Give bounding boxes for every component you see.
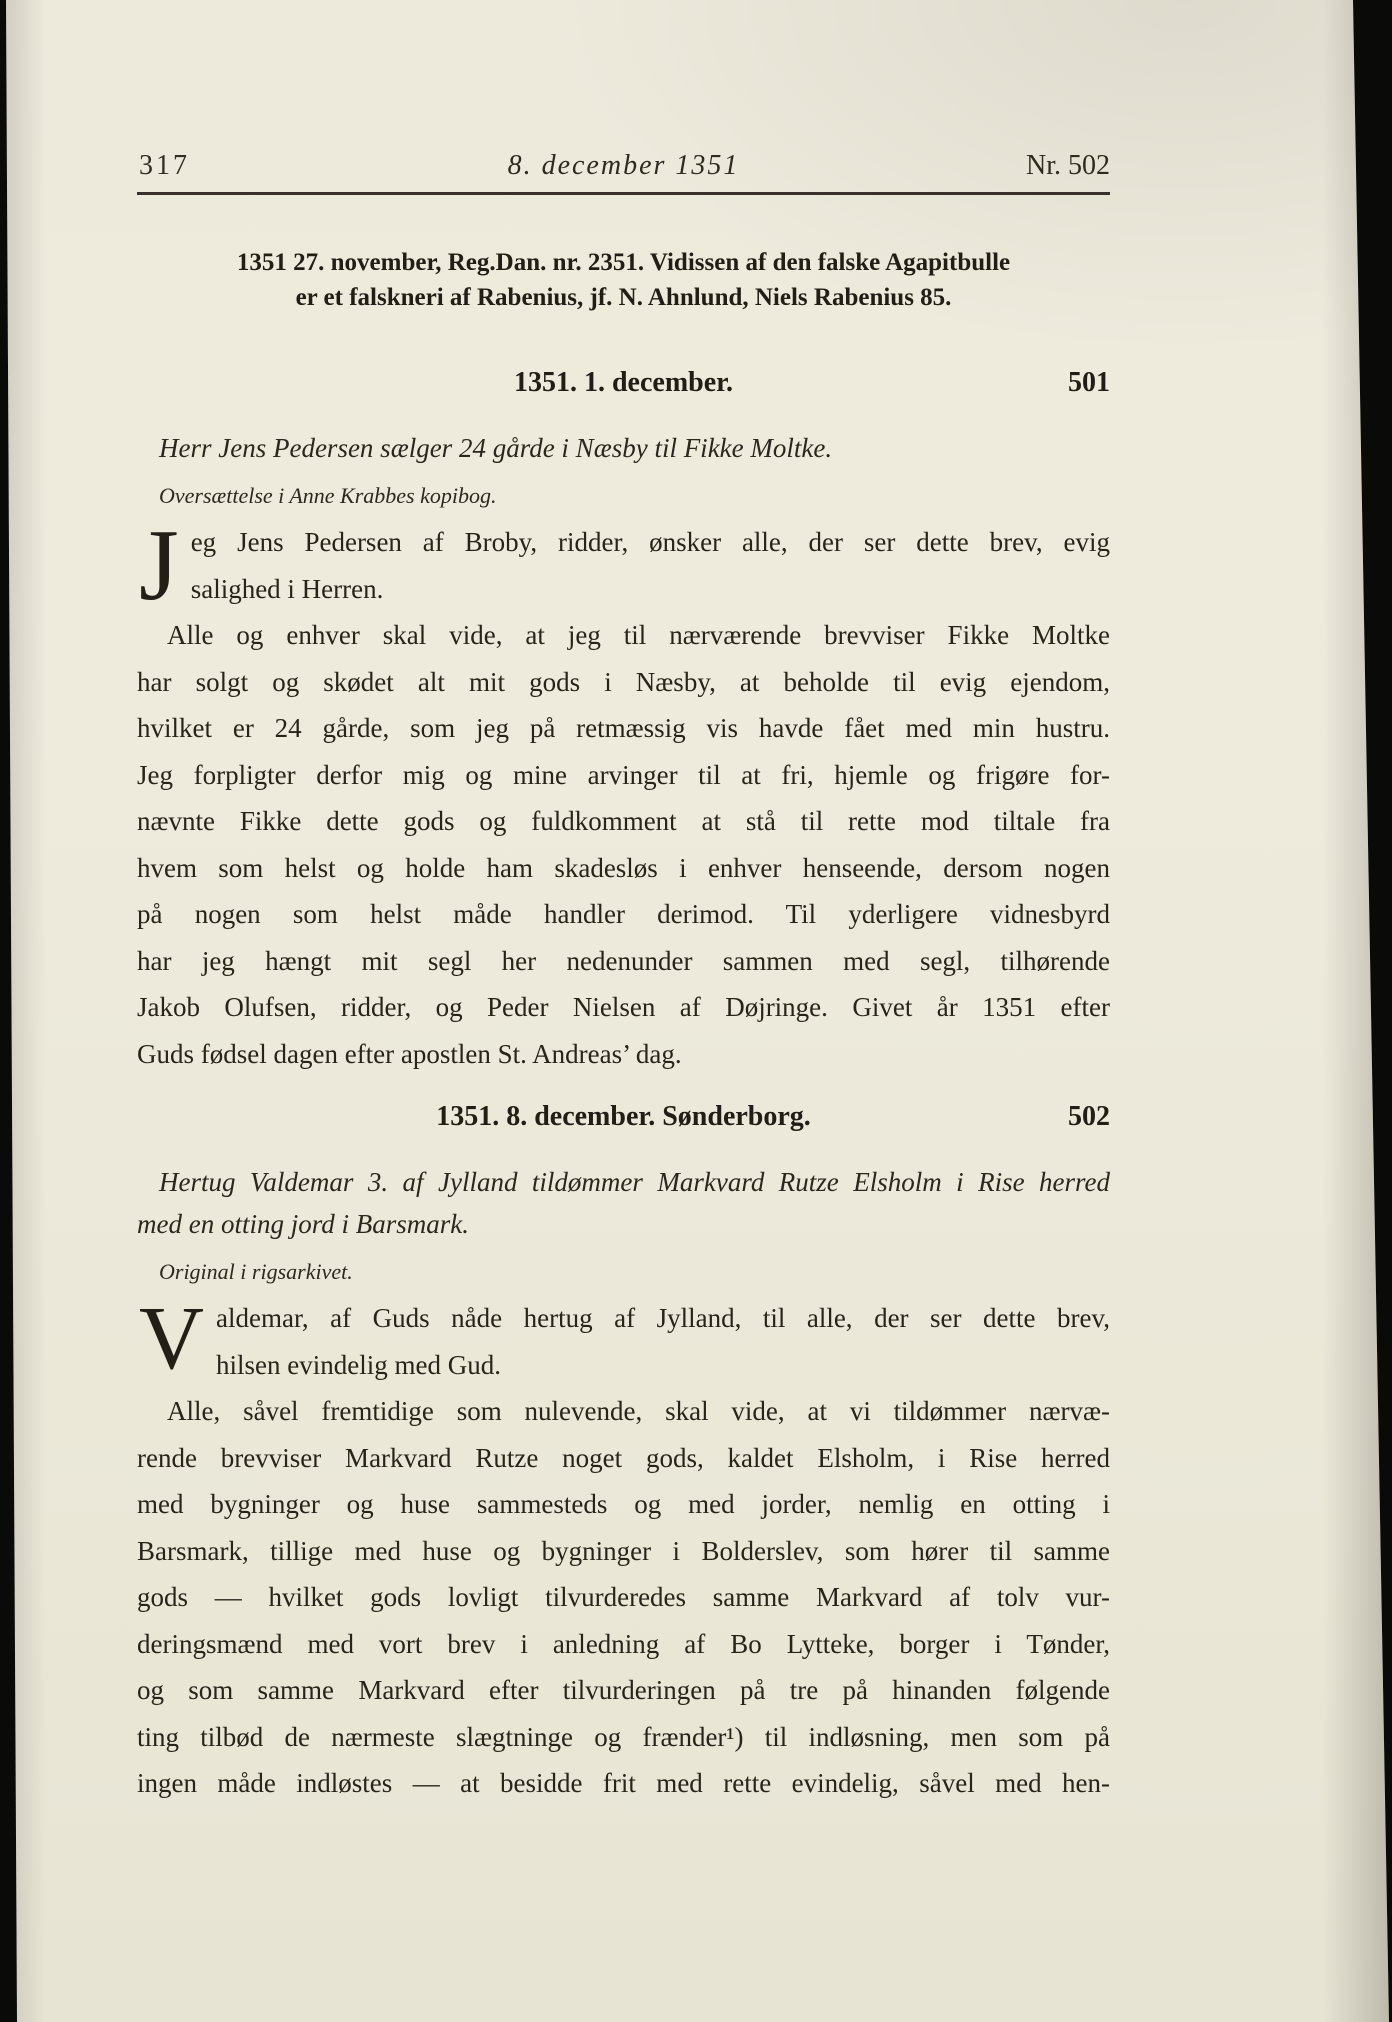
entry-502-heading: 1351. 8. december. Sønderborg. 502 (137, 1101, 1110, 1139)
body-line: med bygninger og huse sammesteds og med … (137, 1481, 1110, 1528)
regest-line: 1351 27. november, Reg.Dan. nr. 2351. Vi… (137, 245, 1110, 280)
regest-line: er et falskneri af Rabenius, jf. N. Ahnl… (137, 280, 1110, 315)
body-line: rende brevviser Markvard Rutze noget god… (137, 1435, 1110, 1482)
body-line: på nogen som helst måde handler derimod.… (137, 891, 1110, 938)
summary-line: Herr Jens Pedersen sælger 24 gårde i Næs… (137, 427, 1110, 469)
scanned-page: 317 8. december 1351 Nr. 502 1351 27. no… (0, 0, 1392, 2022)
body-line: Alle, såvel fremtidige som nulevende, sk… (137, 1388, 1110, 1435)
body-line: og som samme Markvard efter tilvurdering… (137, 1667, 1110, 1714)
header-rule (137, 192, 1110, 195)
body-line: ting tilbød de nærmeste slægtninge og fr… (137, 1714, 1110, 1761)
body-line: hvem som helst og holde ham skadesløs i … (137, 845, 1110, 892)
summary-line: Hertug Valdemar 3. af Jylland tildømmer … (137, 1161, 1110, 1203)
entry-summary: Herr Jens Pedersen sælger 24 gårde i Næs… (137, 427, 1110, 469)
regest-note: 1351 27. november, Reg.Dan. nr. 2351. Vi… (137, 245, 1110, 315)
body-line: Alle og enhver skal vide, at jeg til nær… (137, 612, 1110, 659)
entry-date-heading: 1351. 1. december. (137, 367, 1110, 399)
entry-number: 501 (1068, 367, 1110, 399)
body-line: Barsmark, tillige med huse og bygninger … (137, 1528, 1110, 1575)
source-note: Original i rigsarkivet. (137, 1257, 1110, 1287)
body-line: gods — hvilket gods lovligt tilvurderede… (137, 1574, 1110, 1621)
entry-date-heading: 1351. 8. december. Sønderborg. (137, 1101, 1110, 1133)
source-note: Oversættelse i Anne Krabbes kopibog. (137, 481, 1110, 511)
body-line: aldemar, af Guds nåde hertug af Jylland,… (137, 1295, 1110, 1342)
page-header: 317 8. december 1351 Nr. 502 (137, 150, 1110, 186)
body-line: eg Jens Pedersen af Broby, ridder, ønske… (137, 519, 1110, 566)
entry-summary: Hertug Valdemar 3. af Jylland tildømmer … (137, 1161, 1110, 1245)
body-line: Jakob Olufsen, ridder, og Peder Nielsen … (137, 984, 1110, 1031)
running-title: 8. december 1351 (137, 150, 1110, 182)
body-line: ingen måde indløstes — at besidde frit m… (137, 1760, 1110, 1807)
entry-501-heading: 1351. 1. december. 501 (137, 367, 1110, 405)
body-line: hvilket er 24 gårde, som jeg på retmæssi… (137, 705, 1110, 752)
body-line: deringsmænd med vort brev i anledning af… (137, 1621, 1110, 1668)
body-line: har jeg hængt mit segl her nedenunder sa… (137, 938, 1110, 985)
body-line: hilsen evindelig med Gud. (137, 1342, 1110, 1389)
entry-number: 502 (1068, 1101, 1110, 1133)
folio-number: 317 (139, 150, 190, 182)
page-content: 317 8. december 1351 Nr. 502 1351 27. no… (137, 0, 1110, 1807)
body-line: har solgt og skødet alt mit gods i Næsby… (137, 659, 1110, 706)
entry-number-label: Nr. 502 (1026, 150, 1110, 182)
summary-line: med en otting jord i Barsmark. (137, 1203, 1110, 1245)
body-line: salighed i Herren. (137, 566, 1110, 613)
body-line: Guds fødsel dagen efter apostlen St. And… (137, 1031, 1110, 1078)
body-line: Jeg forpligter derfor mig og mine arving… (137, 752, 1110, 799)
entry-body: V aldemar, af Guds nåde hertug af Jyllan… (137, 1295, 1110, 1807)
paper: 317 8. december 1351 Nr. 502 1351 27. no… (0, 0, 1392, 2022)
entry-body: J eg Jens Pedersen af Broby, ridder, øns… (137, 519, 1110, 1077)
body-line: nævnte Fikke dette gods og fuldkomment a… (137, 798, 1110, 845)
drop-cap: J (139, 522, 179, 610)
drop-cap: V (139, 1298, 204, 1380)
